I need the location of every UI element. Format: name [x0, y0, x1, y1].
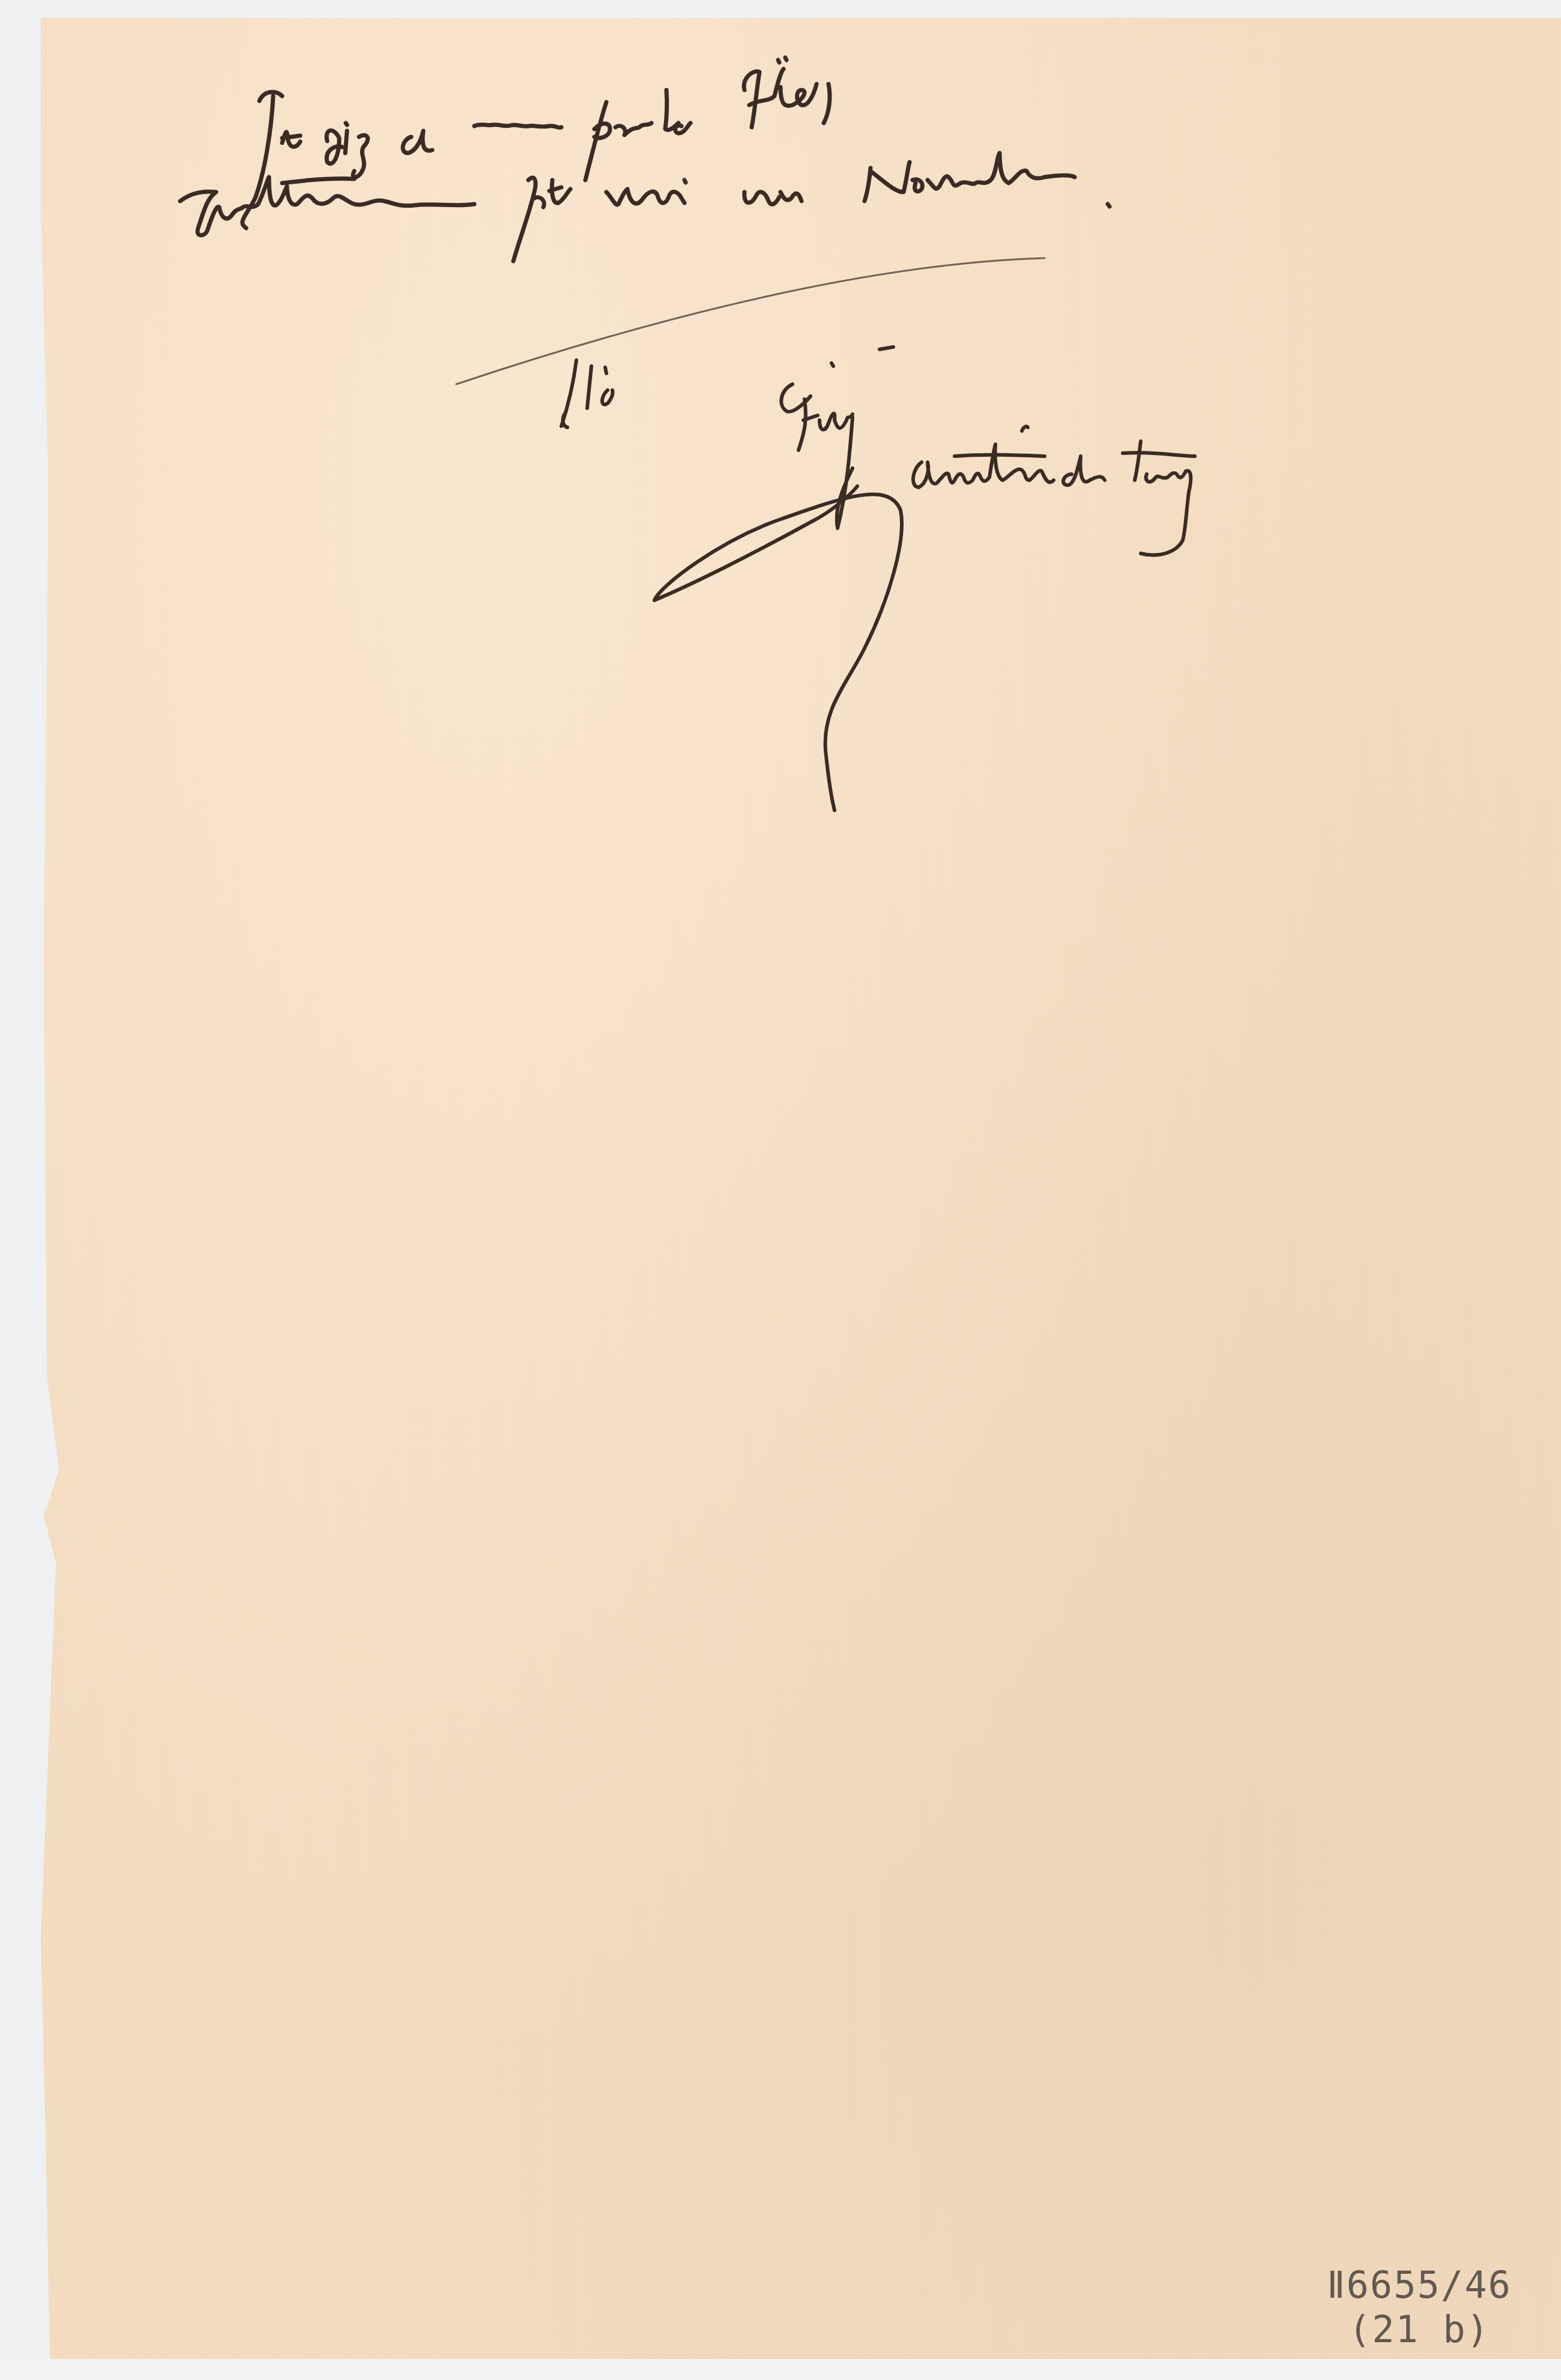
shelfmark-line-1: Ⅱ6655/46	[1327, 2263, 1512, 2307]
handwritten-line-2	[180, 153, 1110, 261]
closing-ats	[561, 360, 613, 427]
handwriting-ink	[0, 0, 1561, 2380]
shelfmark-line-2: (21 b)	[1327, 2307, 1512, 2352]
accent-mark	[832, 347, 893, 366]
closing-amities-de-tous	[913, 426, 1195, 555]
strike-line	[456, 258, 1045, 384]
signature-fely	[654, 384, 902, 810]
archive-shelfmark: Ⅱ6655/46 (21 b)	[1327, 2263, 1512, 2352]
